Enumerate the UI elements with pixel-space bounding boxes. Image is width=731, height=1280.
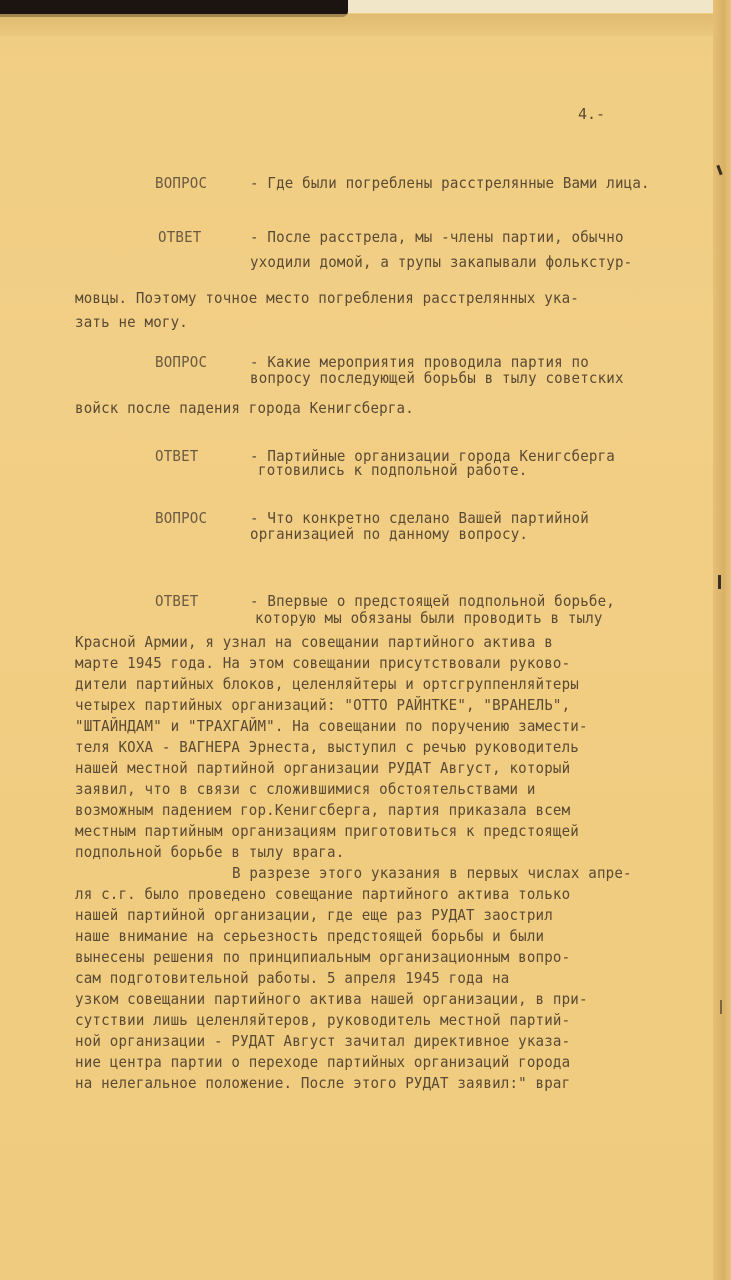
text-line: мовцы. Поэтому точное место погребления … — [75, 289, 579, 307]
text-line: узком совещании партийного актива нашей … — [75, 990, 588, 1008]
text-line: местным партийным организациям приготови… — [75, 822, 579, 840]
text-line: наше внимание на серьезность предстоящей… — [75, 927, 544, 945]
text-line: марте 1945 года. На этом совещании прису… — [75, 654, 570, 672]
text-line: готовились к подпольной работе. — [258, 461, 527, 479]
document-page: 4.- ВОПРОС- Где были погреблены расстрел… — [0, 0, 731, 1280]
speaker-label: ОТВЕТ — [155, 447, 198, 465]
text-line: сутствии лишь целенляйтеров, руководител… — [75, 1011, 570, 1029]
text-line: заявил, что в связи с сложившимися обсто… — [75, 780, 536, 798]
text-line: теля КОХА - ВАГНЕРА Эрнеста, выступил с … — [75, 738, 579, 756]
text-line: вынесены решения по принципиальным орган… — [75, 948, 570, 966]
margin-mark — [718, 575, 721, 589]
speaker-label: ОТВЕТ — [158, 228, 201, 246]
text-line: которую мы обязаны были проводить в тылу — [255, 609, 603, 627]
text-line: ля с.г. было проведено совещание партийн… — [75, 885, 570, 903]
text-line: зать не могу. — [75, 313, 188, 331]
text-line: сам подготовительной работы. 5 апреля 19… — [75, 969, 509, 987]
page-number: 4.- — [578, 105, 605, 123]
text-line: четырех партийных организаций: "ОТТО РАЙ… — [75, 696, 570, 714]
text-line: "ШТАЙНДАМ" и "ТРАХГАЙМ". На совещании по… — [75, 717, 588, 735]
text-line: В разрезе этого указания в первых числах… — [232, 864, 632, 882]
text-line: Красной Армии, я узнал на совещании парт… — [75, 633, 553, 651]
text-line: организацией по данному вопросу. — [250, 525, 528, 543]
speaker-label: ВОПРОС — [155, 353, 207, 371]
text-line: дители партийных блоков, целенляйтеры и … — [75, 675, 579, 693]
paper-under-edge — [348, 0, 723, 13]
text-line: вопросу последующей борьбы в тылу советс… — [250, 369, 624, 387]
text-line: подпольной борьбе в тылу врага. — [75, 843, 344, 861]
speaker-label: ВОПРОС — [155, 509, 207, 527]
page-top-shadow — [0, 14, 731, 36]
text-line: возможным падением гор.Кенигсберга, парт… — [75, 801, 570, 819]
text-line: войск после падения города Кенигсберга. — [75, 399, 414, 417]
text-line: нашей партийной организации, где еще раз… — [75, 906, 553, 924]
speaker-label: ВОПРОС — [155, 174, 207, 192]
text-line: ние центра партии о переходе партийных о… — [75, 1053, 570, 1071]
text-line: - После расстрела, мы -члены партии, обы… — [250, 228, 624, 246]
speaker-label: ОТВЕТ — [155, 592, 198, 610]
page-binding-edge — [713, 0, 731, 1280]
text-line: - Где были погреблены расстрелянные Вами… — [250, 174, 650, 192]
text-line: ной организации - РУДАТ Август зачитал д… — [75, 1032, 570, 1050]
text-line: нашей местной партийной организации РУДА… — [75, 759, 570, 777]
text-line: - Впервые о предстоящей подпольной борьб… — [250, 592, 615, 610]
text-line: на нелегальное положение. После этого РУ… — [75, 1074, 570, 1092]
text-line: уходили домой, а трупы закапывали фолькс… — [250, 253, 632, 271]
margin-mark — [720, 1000, 722, 1014]
